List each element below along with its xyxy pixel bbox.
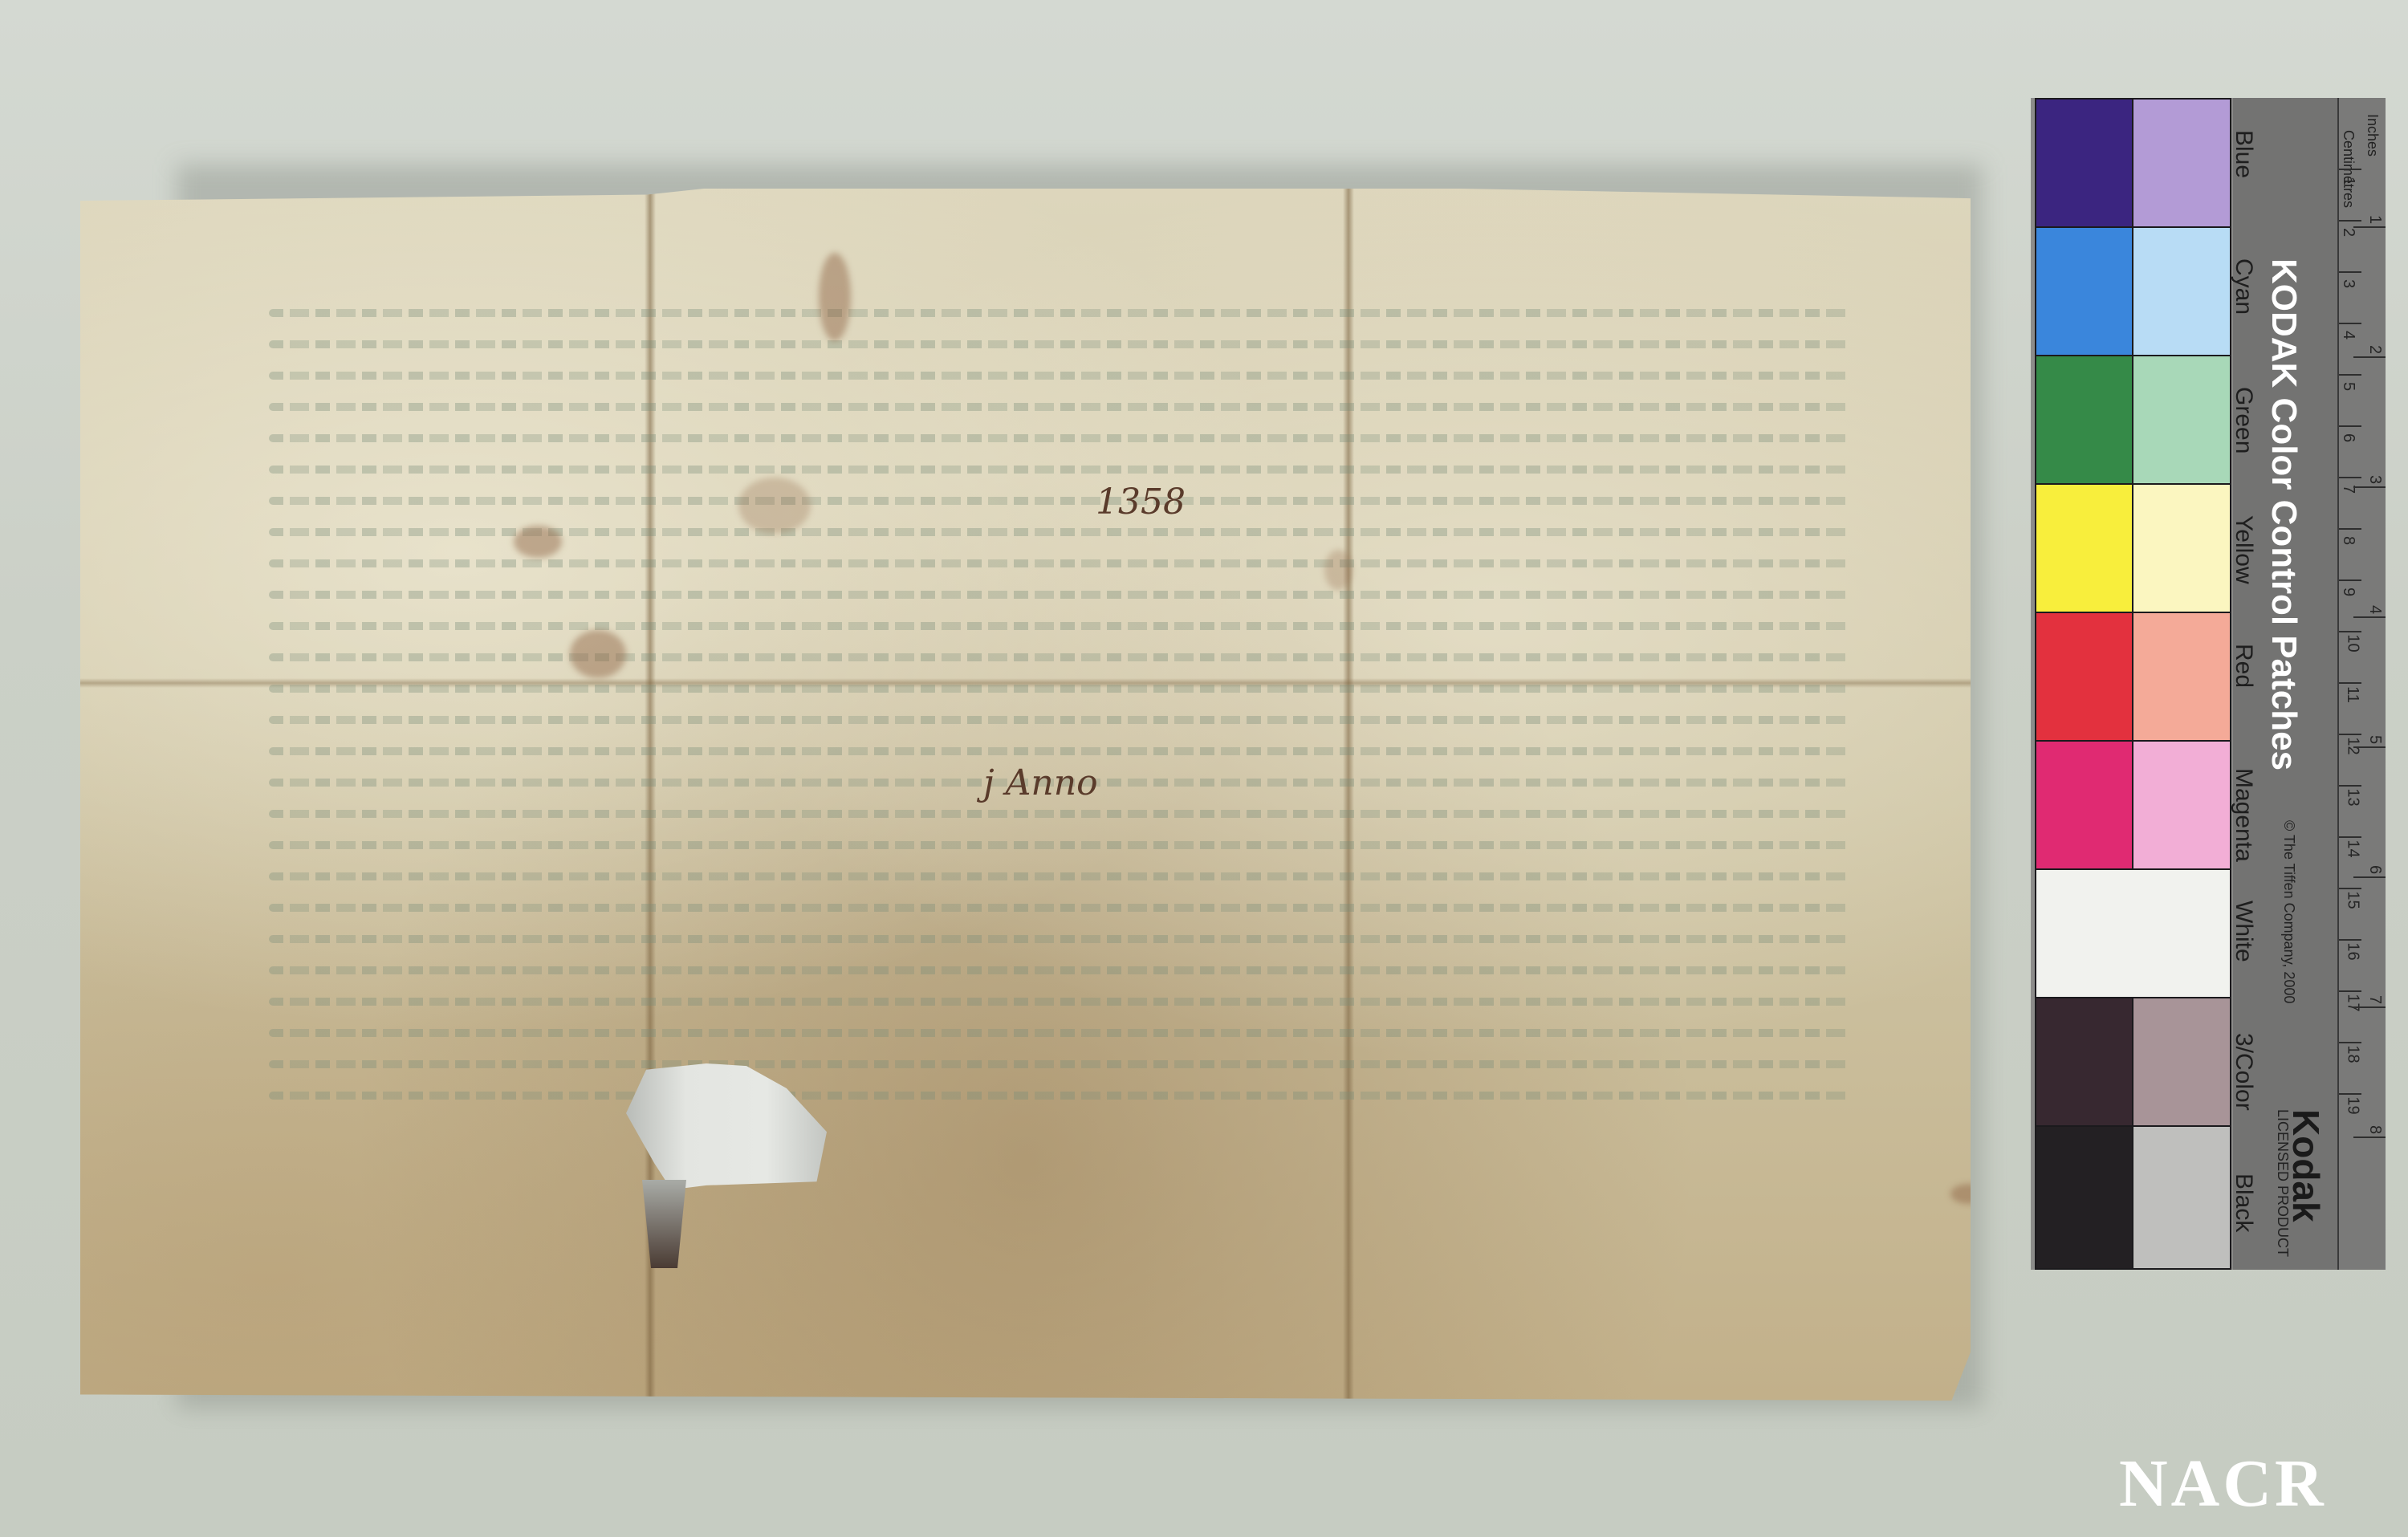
patch-green-light [2132,355,2231,485]
kodak-logo: Kodak [2284,1109,2328,1222]
licensed-product: LICENSED PRODUCT [2274,1109,2291,1257]
patch-yellow-dark [2035,483,2133,613]
inch-4: 4 [2365,605,2384,614]
card-title: KODAK Color Control Patches [2264,258,2304,771]
label-red: Red [2230,644,2257,688]
stain [570,630,626,678]
cm-10: 10 [2344,634,2362,652]
patch-cyan-light [2132,226,2231,356]
cm-2: 2 [2339,228,2357,237]
stain [1324,550,1352,590]
inch-2: 2 [2365,345,2384,354]
patch-yellow-light [2132,483,2231,613]
bleed-through-text [269,309,1850,1123]
label-black: Black [2230,1173,2257,1232]
patch-green-dark [2035,355,2133,485]
patch-magenta-dark [2035,740,2133,870]
label-magenta: Magenta [2230,768,2257,862]
stain [738,478,811,534]
ruler: Centimetres Inches 1 2 3 4 5 [2337,98,2386,1270]
cm-11: 11 [2343,686,2361,703]
inch-5: 5 [2365,735,2384,744]
card-copyright: © The Tiffen Company, 2000 [2280,820,2297,1003]
inch-7: 7 [2365,995,2384,1004]
cm-15: 15 [2344,891,2362,909]
label-blue: Blue [2230,130,2257,178]
patch-red-light [2132,612,2231,742]
inch-6: 6 [2365,865,2384,874]
inch-1: 1 [2365,215,2384,224]
cm-1: 1 [2339,177,2357,185]
patch-3color-light [2132,997,2231,1127]
patch-black [2035,1125,2133,1270]
inch-3: 3 [2365,475,2384,484]
patch-blue-dark [2035,98,2133,228]
patch-gray [2132,1125,2231,1270]
kodak-color-card: Blue Cyan Green Yellow Red Magenta White… [2031,98,2384,1270]
stain [514,526,562,558]
inches-label: Inches [2364,114,2381,157]
patch-blue-light [2132,98,2231,228]
label-green: Green [2230,387,2257,453]
cm-9: 9 [2339,588,2357,596]
patch-white [2035,868,2231,998]
label-3color: 3/Color [2230,1033,2257,1111]
cm-17: 17 [2344,994,2362,1011]
cm-4: 4 [2339,331,2357,340]
date-annotation: 1358 [1096,482,1186,522]
patch-3color-dark [2035,997,2133,1127]
cm-14: 14 [2344,840,2362,857]
cm-8: 8 [2339,536,2357,545]
dorsal-annotation: j Anno [983,762,1098,803]
cm-19: 19 [2344,1096,2362,1114]
color-patches [2035,98,2231,1270]
cm-3: 3 [2339,279,2357,288]
cm-13: 13 [2344,788,2362,806]
patch-cyan-dark [2035,226,2133,356]
label-cyan: Cyan [2230,258,2257,315]
cm-18: 18 [2344,1045,2362,1063]
cm-5: 5 [2339,382,2357,391]
label-yellow: Yellow [2230,515,2257,584]
inch-8: 8 [2365,1125,2384,1134]
nacr-watermark: NACR [2119,1445,2327,1523]
cm-6: 6 [2339,433,2357,442]
patch-red-dark [2035,612,2133,742]
card-label-strip: Blue Cyan Green Yellow Red Magenta White… [2233,98,2384,1270]
cm-16: 16 [2344,942,2362,960]
patch-magenta-light [2132,740,2231,870]
stain [819,253,851,341]
label-white: White [2230,901,2257,962]
